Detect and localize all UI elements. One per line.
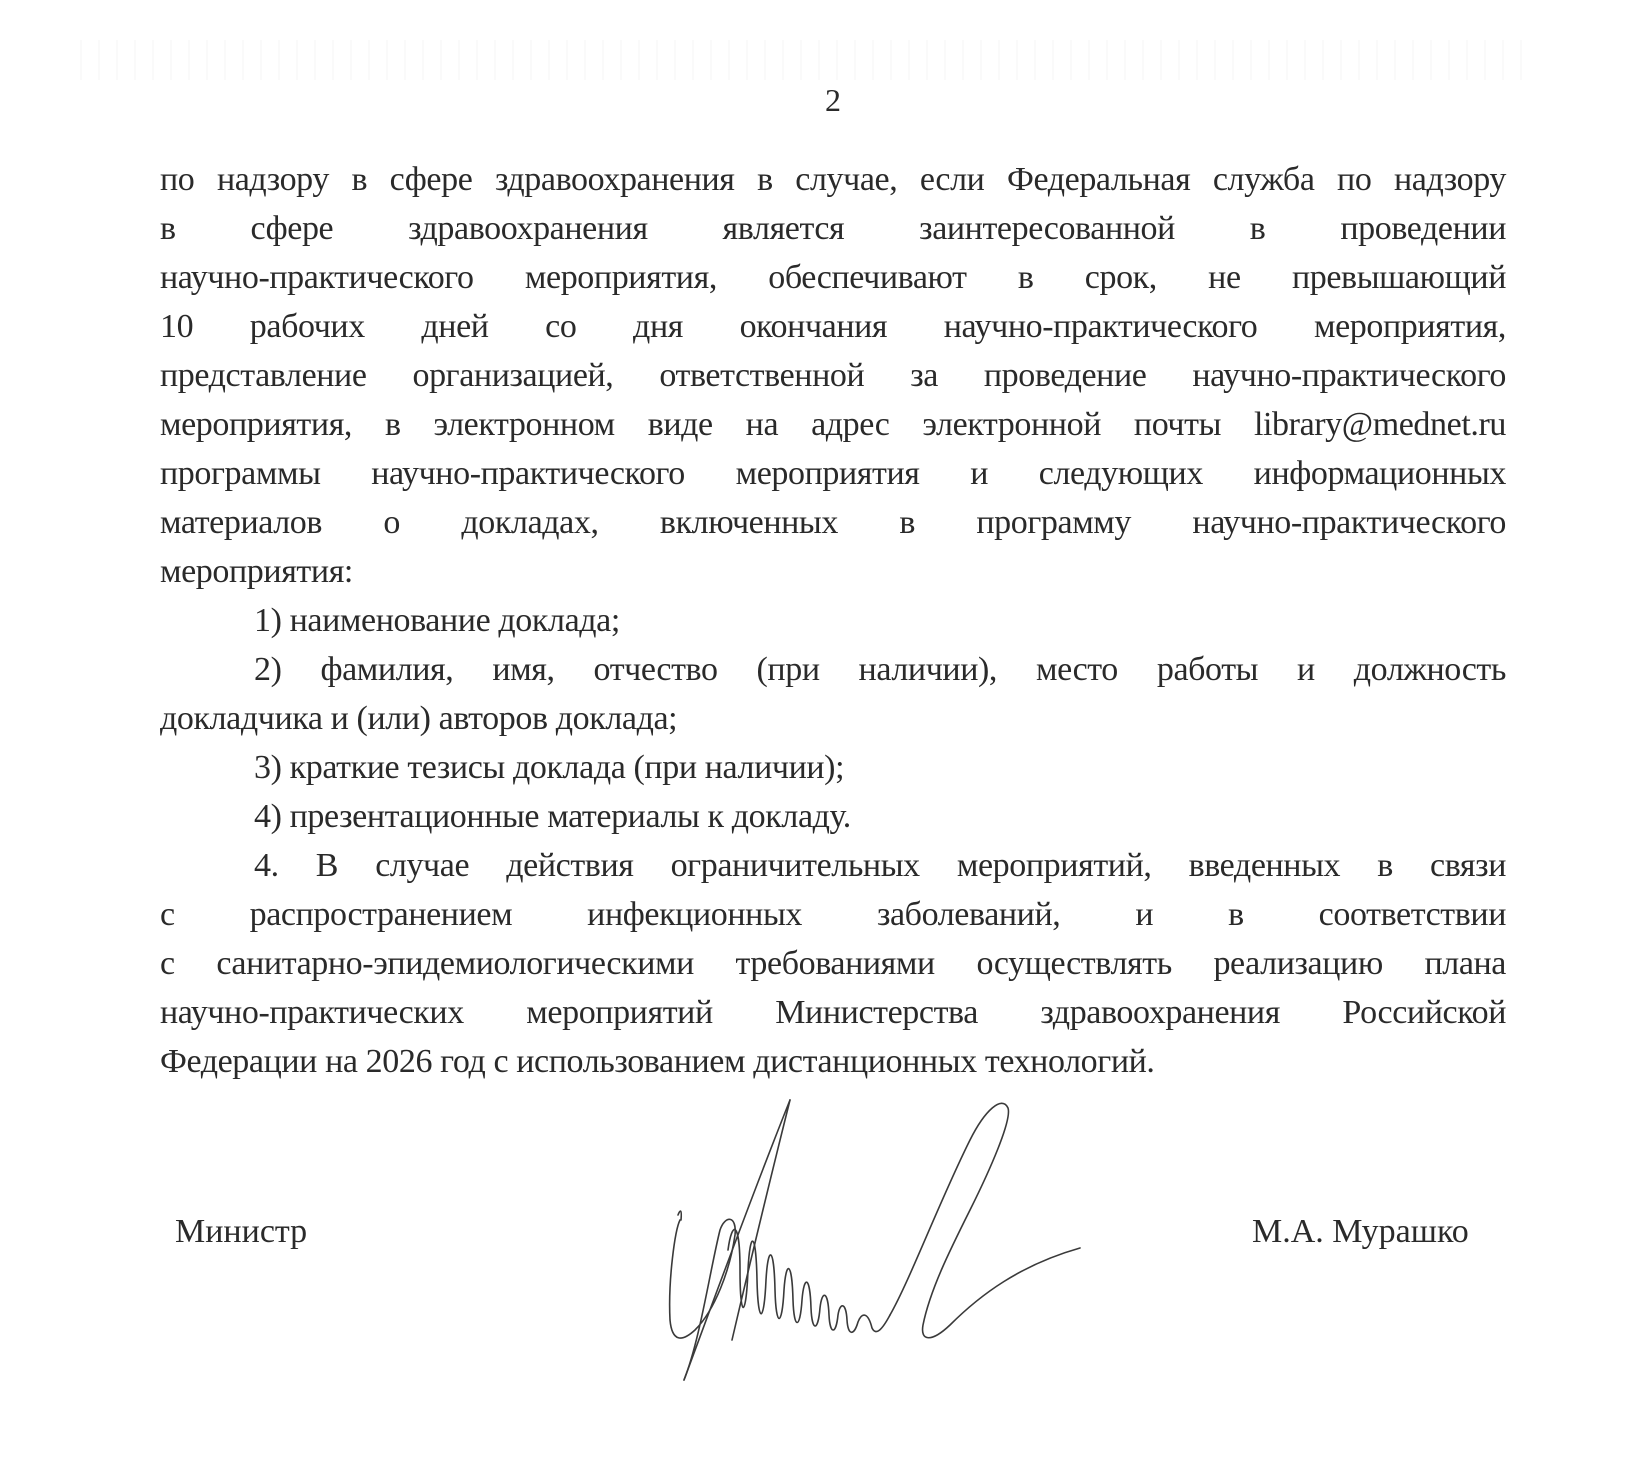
text-line: научно-практических мероприятий Министер… [160,988,1506,1037]
text-line-with-email: мероприятия, в электронном виде на адрес… [160,400,1506,449]
text-line: 10 рабочих дней со дня окончания научно-… [160,302,1506,351]
text-line: Федерации на 2026 год с использованием д… [160,1037,1506,1086]
text-line: программы научно-практического мероприят… [160,449,1506,498]
page-number: 2 [820,80,846,120]
text-line: с санитарно-эпидемиологическими требован… [160,939,1506,988]
signature-block: Министр М.А. Мурашко [0,1080,1650,1480]
text-line: 3) краткие тезисы доклада (при наличии); [160,743,1506,792]
text-line: 1) наименование доклада; [160,596,1506,645]
handwritten-signature-icon [640,1080,1100,1390]
text-line: по надзору в сфере здравоохранения в слу… [160,155,1506,204]
list-item-4: 4) презентационные материалы к докладу. [160,792,1506,841]
text-line: материалов о докладах, включенных в прог… [160,498,1506,547]
signer-title: Министр [175,1207,307,1256]
paragraph-clause-4: 4. В случае действия ограничительных мер… [160,841,1506,1086]
scan-noise [80,40,1530,80]
list-item-1: 1) наименование доклада; [160,596,1506,645]
list-item-3: 3) краткие тезисы доклада (при наличии); [160,743,1506,792]
document-page: 2 по надзору в сфере здравоохранения в с… [0,0,1650,1481]
document-body: по надзору в сфере здравоохранения в слу… [160,155,1506,1086]
text-line: докладчика и (или) авторов доклада; [160,694,1506,743]
text-line: научно-практического мероприятия, обеспе… [160,253,1506,302]
text-line: мероприятия: [160,547,1506,596]
text-line: 2) фамилия, имя, отчество (при наличии),… [160,645,1506,694]
text-line: в сфере здравоохранения является заинтер… [160,204,1506,253]
text-line: представление организацией, ответственно… [160,351,1506,400]
text-line: с распространением инфекционных заболева… [160,890,1506,939]
list-item-2: 2) фамилия, имя, отчество (при наличии),… [160,645,1506,743]
text-line: 4. В случае действия ограничительных мер… [160,841,1506,890]
text-line: 4) презентационные материалы к докладу. [160,792,1506,841]
signer-name: М.А. Мурашко [1252,1207,1469,1256]
paragraph-continuation: по надзору в сфере здравоохранения в слу… [160,155,1506,596]
